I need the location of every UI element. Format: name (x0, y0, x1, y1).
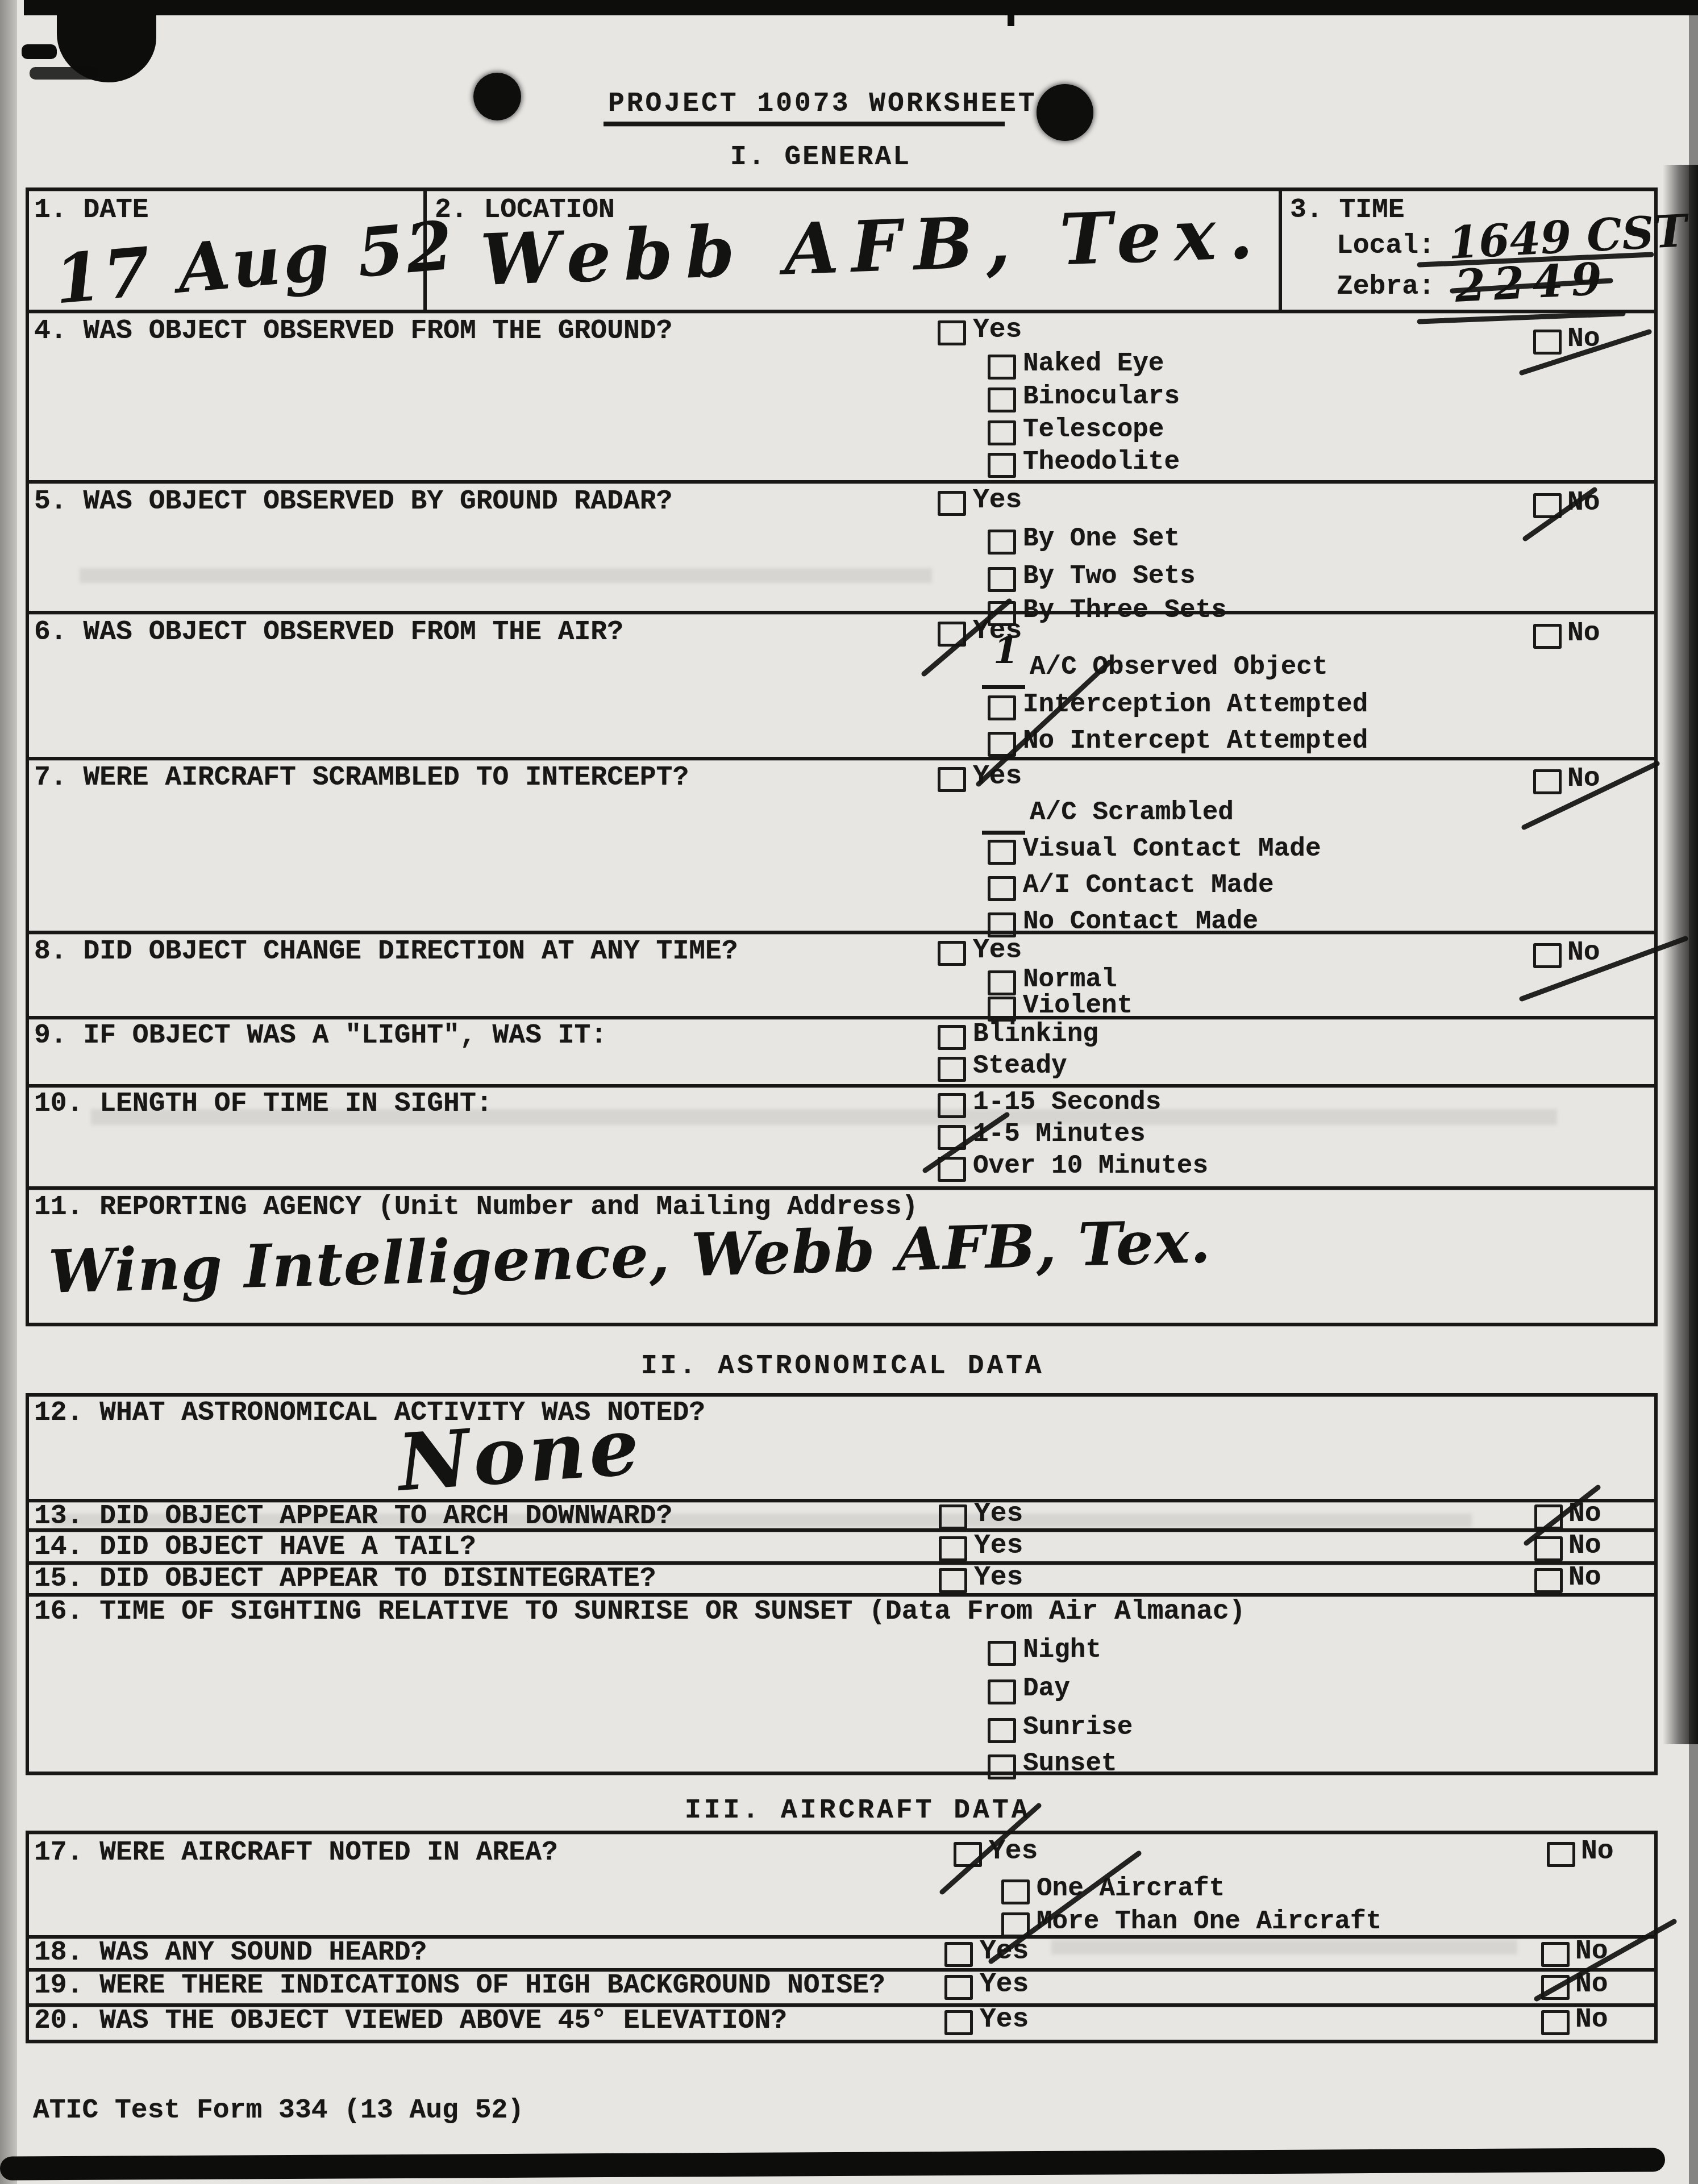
question-18-label: 18. WAS ANY SOUND HEARD? (34, 1939, 427, 1968)
scanned-worksheet-page: PROJECT 10073 WORKSHEET I. GENERAL 1. DA… (0, 0, 1698, 2184)
checkbox-q10-1-15-seconds (938, 1093, 966, 1118)
rule (26, 1772, 1658, 1775)
q18-no-label: No (1575, 1937, 1608, 1967)
question-5-label: 5. WAS OBJECT OBSERVED BY GROUND RADAR? (34, 487, 672, 517)
rule (26, 1393, 1658, 1397)
checkbox-q13-no (1534, 1504, 1563, 1529)
checkbox-q16-night (988, 1641, 1016, 1666)
q5-yes-label: Yes (973, 486, 1022, 516)
checkbox-q14-no (1534, 1536, 1563, 1561)
checkbox-q4-yes (938, 320, 966, 345)
q6-option-label: A/C Observed Object (1030, 653, 1328, 682)
scan-right-edge-strip (1689, 0, 1698, 2184)
ghost-text-smudge (80, 568, 932, 583)
q14-yes-label: Yes (974, 1532, 1023, 1561)
checkbox-q8-no (1533, 943, 1562, 968)
q10-option-label: 1-15 Seconds (973, 1089, 1161, 1117)
checkbox-q6-yes (938, 622, 966, 647)
q7-option-label: No Contact Made (1023, 908, 1258, 936)
checkbox-q8-yes (938, 941, 966, 966)
checkbox-q17-more-than-one (1001, 1912, 1030, 1937)
rule (26, 1084, 1658, 1087)
q8-no-label: No (1567, 939, 1600, 968)
q6-ac-observed-underline (982, 685, 1025, 689)
question-6-label: 6. WAS OBJECT OBSERVED FROM THE AIR? (34, 618, 623, 648)
q12-astronomical-activity-value: None (395, 1399, 646, 1509)
rule (26, 1016, 1658, 1019)
rule (26, 931, 1658, 934)
checkbox-q18-yes (944, 1942, 973, 1967)
punch-hole-icon (473, 73, 521, 120)
rule (26, 2040, 1658, 2043)
q6-no-label: No (1567, 619, 1600, 649)
rule (26, 187, 1658, 191)
rule (26, 611, 1658, 614)
checkbox-q10-1-5-minutes (938, 1125, 966, 1150)
question-13-label: 13. DID OBJECT APPEAR TO ARCH DOWNWARD? (34, 1502, 672, 1532)
q7-yes-label: Yes (973, 762, 1022, 792)
checkbox-q8-violent (988, 997, 1016, 1022)
rule (1279, 187, 1282, 310)
checkbox-q20-yes (944, 2010, 973, 2035)
q5-option-label: By One Set (1023, 525, 1180, 553)
question-14-label: 14. DID OBJECT HAVE A TAIL? (34, 1533, 476, 1562)
checkbox-q15-yes (939, 1568, 967, 1593)
q18-yes-label: Yes (980, 1937, 1029, 1967)
checkbox-q16-sunrise (988, 1718, 1016, 1743)
q6-option-label: Interception Attempted (1023, 691, 1368, 719)
checkbox-q18-no (1541, 1942, 1570, 1967)
rule (26, 310, 1658, 313)
checkbox-q6-no (1533, 624, 1562, 649)
rule (26, 480, 1658, 484)
rule (26, 1393, 29, 1775)
rule (1654, 187, 1658, 1326)
checkbox-q13-yes (939, 1504, 967, 1529)
rule (26, 1186, 1658, 1190)
checkbox-q15-no (1534, 1568, 1563, 1593)
question-17-label: 17. WERE AIRCRAFT NOTED IN AREA? (34, 1839, 558, 1868)
checkbox-q4-binoculars (988, 387, 1016, 412)
scan-smudge (30, 67, 98, 80)
q6-option-label: No Intercept Attempted (1023, 727, 1368, 756)
checkbox-q5-two-sets (988, 567, 1016, 592)
section-general-heading: I. GENERAL (730, 143, 911, 173)
checkbox-q7-visual-contact (988, 840, 1016, 865)
q8-option-label: Violent (1023, 992, 1133, 1020)
checkbox-q7-no (1533, 769, 1562, 794)
q13-no-label: No (1568, 1500, 1601, 1529)
checkbox-q5-one-set (988, 530, 1016, 555)
question-9-label: 9. IF OBJECT WAS A "LIGHT", WAS IT: (34, 1022, 607, 1051)
q4-option-label: Naked Eye (1023, 350, 1164, 378)
checkbox-q7-yes (938, 767, 966, 792)
checkbox-q17-one-aircraft (1001, 1879, 1030, 1904)
q4-option-label: Binoculars (1023, 383, 1180, 411)
q17-yes-label: Yes (989, 1837, 1038, 1867)
rule (1654, 1831, 1658, 2043)
checkbox-q5-no (1533, 493, 1562, 518)
q10-option-label: 1-5 Minutes (973, 1120, 1146, 1149)
scan-smudge (1008, 0, 1014, 26)
form-id-footer: ATIC Test Form 334 (13 Aug 52) (33, 2097, 524, 2126)
q6-ac-observed-count: 1 (993, 630, 1019, 672)
rule (26, 187, 29, 1326)
checkbox-q4-theodolite (988, 453, 1016, 478)
checkbox-q16-day (988, 1679, 1016, 1704)
rule (26, 757, 1658, 760)
checkbox-q17-yes (954, 1842, 982, 1867)
title-underline (604, 122, 1005, 126)
q17-option-label: More Than One Aircraft (1037, 1908, 1381, 1936)
rule (1654, 1393, 1658, 1775)
q4-option-label: Theodolite (1023, 448, 1180, 477)
scan-left-edge (0, 0, 17, 2184)
time-local-label: Local: (1337, 232, 1435, 261)
q17-no-label: No (1581, 1837, 1614, 1867)
question-8-label: 8. DID OBJECT CHANGE DIRECTION AT ANY TI… (34, 937, 738, 967)
scan-smudge (22, 44, 57, 59)
question-19-label: 19. WERE THERE INDICATIONS OF HIGH BACKG… (34, 1972, 885, 2001)
checkbox-q14-yes (939, 1536, 967, 1561)
q7-ac-scrambled-underline (982, 831, 1025, 835)
question-7-label: 7. WERE AIRCRAFT SCRAMBLED TO INTERCEPT? (34, 764, 689, 793)
checkbox-q16-sunset (988, 1754, 1016, 1779)
checkbox-q17-no (1547, 1842, 1575, 1867)
date-label: 1. DATE (34, 196, 149, 226)
q4-yes-label: Yes (973, 316, 1022, 345)
scan-bottom-bar (0, 2148, 1665, 2180)
checkbox-q7-ai-contact (988, 876, 1016, 901)
checkbox-q20-no (1541, 2010, 1570, 2035)
checkbox-q6-interception-attempted (988, 695, 1016, 720)
question-4-label: 4. WAS OBJECT OBSERVED FROM THE GROUND? (34, 317, 672, 347)
ghost-text-smudge (1051, 1940, 1517, 1954)
section-aircraft-heading: III. AIRCRAFT DATA (685, 1797, 1030, 1826)
q14-no-label: No (1568, 1532, 1601, 1561)
q15-no-label: No (1568, 1564, 1601, 1593)
checkbox-q8-normal (988, 970, 1016, 995)
q9-option-label: Steady (973, 1052, 1067, 1081)
q16-option-label: Night (1023, 1636, 1101, 1665)
punch-hole-icon (1037, 84, 1093, 141)
q19-yes-label: Yes (980, 1970, 1029, 2000)
checkbox-q4-no (1533, 330, 1562, 355)
q17-option-label: One Aircraft (1037, 1875, 1225, 1903)
q8-yes-label: Yes (973, 936, 1022, 966)
q5-no-label: No (1567, 489, 1600, 518)
time-zebra-value: 2249 (1454, 253, 1611, 312)
q4-no-label: No (1567, 325, 1600, 355)
q7-option-label: Visual Contact Made (1023, 835, 1321, 864)
q5-option-label: By Two Sets (1023, 562, 1196, 591)
q16-option-label: Sunset (1023, 1750, 1117, 1778)
q13-yes-label: Yes (974, 1500, 1023, 1529)
checkbox-q6-no-intercept (988, 732, 1016, 757)
question-15-label: 15. DID OBJECT APPEAR TO DISINTEGRATE? (34, 1565, 656, 1594)
time-label: 3. TIME (1290, 196, 1405, 226)
question-16-label: 16. TIME OF SIGHTING RELATIVE TO SUNRISE… (34, 1598, 1246, 1627)
rule (26, 1831, 29, 2043)
q7-option-label: A/I Contact Made (1023, 872, 1274, 900)
checkbox-q19-no (1541, 1975, 1570, 2000)
q16-option-label: Day (1023, 1675, 1070, 1703)
q4-option-label: Telescope (1023, 416, 1164, 444)
checkbox-q4-naked-eye (988, 355, 1016, 380)
checkbox-q19-yes (944, 1975, 973, 2000)
q7-option-label: A/C Scrambled (1030, 799, 1234, 827)
time-zebra-label: Zebra: (1337, 273, 1435, 302)
rule (26, 1831, 1658, 1834)
q15-yes-label: Yes (974, 1564, 1023, 1593)
page-title: PROJECT 10073 WORKSHEET (608, 90, 1037, 119)
checkbox-q9-blinking (938, 1025, 966, 1050)
section-astronomical-heading: II. ASTRONOMICAL DATA (641, 1352, 1044, 1382)
checkbox-q9-steady (938, 1057, 966, 1082)
q10-option-label: Over 10 Minutes (973, 1152, 1208, 1181)
question-10-label: 10. LENGTH OF TIME IN SIGHT: (34, 1090, 493, 1119)
q16-option-label: Sunrise (1023, 1714, 1133, 1742)
checkbox-q5-yes (938, 491, 966, 516)
q20-yes-label: Yes (980, 2006, 1029, 2035)
q5-option-label: By Three Sets (1023, 597, 1227, 625)
rule (26, 1323, 1658, 1326)
q20-no-label: No (1575, 2006, 1608, 2035)
q8-option-label: Normal (1023, 966, 1117, 994)
q7-no-label: No (1567, 765, 1600, 794)
question-20-label: 20. WAS THE OBJECT VIEWED ABOVE 45° ELEV… (34, 2007, 787, 2036)
q9-option-label: Blinking (973, 1020, 1098, 1049)
checkbox-q4-telescope (988, 420, 1016, 445)
checkbox-q10-over-10-minutes (938, 1157, 966, 1182)
scan-top-bar (24, 0, 1698, 15)
checkbox-q7-no-contact (988, 912, 1016, 937)
q19-no-label: No (1575, 1970, 1608, 2000)
